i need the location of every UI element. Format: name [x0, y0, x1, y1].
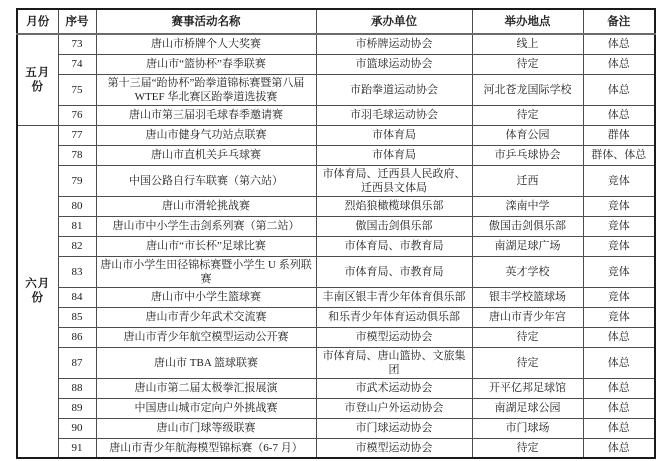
column-header: 序号: [58, 9, 96, 34]
event-name-cell: 唐山市中小学生击剑系列赛（第二站）: [96, 216, 316, 236]
serial-cell: 89: [58, 398, 96, 418]
month-cell: 六月份: [17, 125, 58, 458]
table-row: 82唐山市“市长杯”足球比赛市体育局、市教育局南湖足球广场竞体: [17, 236, 655, 256]
serial-cell: 76: [58, 105, 96, 125]
note-cell: 竞体: [583, 287, 655, 307]
event-name-cell: 唐山市第二届太极拳汇报展演: [96, 378, 316, 398]
note-cell: 体总: [583, 398, 655, 418]
location-cell: 待定: [472, 347, 583, 378]
organizer-cell: 市体育局: [316, 145, 472, 165]
location-cell: 市门球场: [472, 418, 583, 438]
note-cell: 竞体: [583, 196, 655, 216]
serial-cell: 90: [58, 418, 96, 438]
event-name-cell: 唐山市中小学生篮球赛: [96, 287, 316, 307]
event-name-cell: 唐山市青少年航空模型运动公开赛: [96, 327, 316, 347]
column-header: 承办单位: [316, 9, 472, 34]
organizer-cell: 市体育局、迁西县人民政府、迁西县文体局: [316, 165, 472, 196]
table-row: 80唐山市滑轮挑战赛烈焰狼橄榄球俱乐部滦南中学竞体: [17, 196, 655, 216]
organizer-cell: 市体育局、唐山篮协、文旅集团: [316, 347, 472, 378]
event-name-cell: 唐山市滑轮挑战赛: [96, 196, 316, 216]
note-cell: 体总: [583, 74, 655, 105]
serial-cell: 88: [58, 378, 96, 398]
table-header-row: 月份序号赛事活动名称承办单位举办地点备注: [17, 9, 655, 34]
event-name-cell: 唐山市青少年武术交流赛: [96, 307, 316, 327]
note-cell: 竞体: [583, 165, 655, 196]
location-cell: 线上: [472, 34, 583, 54]
location-cell: 南湖足球广场: [472, 236, 583, 256]
note-cell: 体总: [583, 418, 655, 438]
table-row: 88唐山市第二届太极拳汇报展演市武术运动协会开平亿邦足球馆体总: [17, 378, 655, 398]
location-cell: 迁西: [472, 165, 583, 196]
table-row: 81唐山市中小学生击剑系列赛（第二站）傲国击剑俱乐部傲国击剑俱乐部竞体: [17, 216, 655, 236]
note-cell: 体总: [583, 34, 655, 54]
organizer-cell: 市体育局、市教育局: [316, 236, 472, 256]
table-row: 79中国公路自行车联赛（第六站）市体育局、迁西县人民政府、迁西县文体局迁西竞体: [17, 165, 655, 196]
note-cell: 竞体: [583, 216, 655, 236]
organizer-cell: 傲国击剑俱乐部: [316, 216, 472, 236]
serial-cell: 79: [58, 165, 96, 196]
note-cell: 体总: [583, 378, 655, 398]
organizer-cell: 市羽毛球运动协会: [316, 105, 472, 125]
organizer-cell: 烈焰狼橄榄球俱乐部: [316, 196, 472, 216]
serial-cell: 82: [58, 236, 96, 256]
note-cell: 竞体: [583, 236, 655, 256]
note-cell: 体总: [583, 438, 655, 458]
serial-cell: 80: [58, 196, 96, 216]
note-cell: 体总: [583, 327, 655, 347]
event-name-cell: 唐山市青少年航海模型锦标赛（6-7 月）: [96, 438, 316, 458]
organizer-cell: 市门球运动协会: [316, 418, 472, 438]
serial-cell: 74: [58, 54, 96, 74]
table-row: 90唐山市门球等级联赛市门球运动协会市门球场体总: [17, 418, 655, 438]
note-cell: 体总: [583, 105, 655, 125]
event-name-cell: 唐山市桥牌个人大奖赛: [96, 34, 316, 54]
serial-cell: 81: [58, 216, 96, 236]
location-cell: 河北苍龙国际学校: [472, 74, 583, 105]
document-page: 月份序号赛事活动名称承办单位举办地点备注 五月份73唐山市桥牌个人大奖赛市桥牌运…: [0, 0, 665, 461]
event-name-cell: 唐山市 TBA 篮球联赛: [96, 347, 316, 378]
organizer-cell: 市桥牌运动协会: [316, 34, 472, 54]
serial-cell: 77: [58, 125, 96, 145]
event-name-cell: 唐山市小学生田径锦标赛暨小学生 U 系列联赛: [96, 256, 316, 287]
location-cell: 唐山市青少年宫: [472, 307, 583, 327]
note-cell: 竞体: [583, 307, 655, 327]
organizer-cell: 和乐青少年体育运动俱乐部: [316, 307, 472, 327]
location-cell: 英才学校: [472, 256, 583, 287]
organizer-cell: 市武术运动协会: [316, 378, 472, 398]
event-name-cell: 唐山市第三届羽毛球春季邀请赛: [96, 105, 316, 125]
table-row: 86唐山市青少年航空模型运动公开赛市模型运动协会待定体总: [17, 327, 655, 347]
serial-cell: 78: [58, 145, 96, 165]
location-cell: 傲国击剑俱乐部: [472, 216, 583, 236]
location-cell: 银丰学校篮球场: [472, 287, 583, 307]
organizer-cell: 市体育局、市教育局: [316, 256, 472, 287]
location-cell: 市乒乓球协会: [472, 145, 583, 165]
event-name-cell: 唐山市“篮协杯”春季联赛: [96, 54, 316, 74]
organizer-cell: 市跆拳道运动协会: [316, 74, 472, 105]
events-schedule-table: 月份序号赛事活动名称承办单位举办地点备注 五月份73唐山市桥牌个人大奖赛市桥牌运…: [16, 8, 656, 459]
organizer-cell: 市篮球运动协会: [316, 54, 472, 74]
note-cell: 竞体: [583, 256, 655, 287]
table-row: 85唐山市青少年武术交流赛和乐青少年体育运动俱乐部唐山市青少年宫竞体: [17, 307, 655, 327]
serial-cell: 86: [58, 327, 96, 347]
organizer-cell: 市登山户外运动协会: [316, 398, 472, 418]
location-cell: 开平亿邦足球馆: [472, 378, 583, 398]
location-cell: 待定: [472, 54, 583, 74]
location-cell: 待定: [472, 105, 583, 125]
location-cell: 体育公园: [472, 125, 583, 145]
column-header: 举办地点: [472, 9, 583, 34]
serial-cell: 83: [58, 256, 96, 287]
table-row: 78唐山市直机关乒乓球赛市体育局市乒乓球协会群体、体总: [17, 145, 655, 165]
column-header: 备注: [583, 9, 655, 34]
table-row: 87唐山市 TBA 篮球联赛市体育局、唐山篮协、文旅集团待定体总: [17, 347, 655, 378]
organizer-cell: 丰南区银丰青少年体育俱乐部: [316, 287, 472, 307]
organizer-cell: 市模型运动协会: [316, 438, 472, 458]
event-name-cell: 中国唐山城市定向户外挑战赛: [96, 398, 316, 418]
serial-cell: 85: [58, 307, 96, 327]
note-cell: 群体、体总: [583, 145, 655, 165]
serial-cell: 84: [58, 287, 96, 307]
note-cell: 体总: [583, 347, 655, 378]
serial-cell: 91: [58, 438, 96, 458]
table-row: 六月份77唐山市健身气功站点联赛市体育局体育公园群体: [17, 125, 655, 145]
event-name-cell: 唐山市门球等级联赛: [96, 418, 316, 438]
organizer-cell: 市模型运动协会: [316, 327, 472, 347]
table-row: 83唐山市小学生田径锦标赛暨小学生 U 系列联赛市体育局、市教育局英才学校竞体: [17, 256, 655, 287]
note-cell: 群体: [583, 125, 655, 145]
event-name-cell: 第十三届“跆协杯”跆拳道锦标赛暨第八届 WTEF 华北赛区跆拳道选拔赛: [96, 74, 316, 105]
table-row: 75第十三届“跆协杯”跆拳道锦标赛暨第八届 WTEF 华北赛区跆拳道选拔赛市跆拳…: [17, 74, 655, 105]
table-body: 五月份73唐山市桥牌个人大奖赛市桥牌运动协会线上体总74唐山市“篮协杯”春季联赛…: [17, 34, 655, 458]
location-cell: 待定: [472, 327, 583, 347]
month-cell: 五月份: [17, 34, 58, 125]
note-cell: 体总: [583, 54, 655, 74]
serial-cell: 87: [58, 347, 96, 378]
table-row: 89中国唐山城市定向户外挑战赛市登山户外运动协会南湖足球公园体总: [17, 398, 655, 418]
organizer-cell: 市体育局: [316, 125, 472, 145]
location-cell: 滦南中学: [472, 196, 583, 216]
event-name-cell: 唐山市“市长杯”足球比赛: [96, 236, 316, 256]
table-row: 76唐山市第三届羽毛球春季邀请赛市羽毛球运动协会待定体总: [17, 105, 655, 125]
table-row: 74唐山市“篮协杯”春季联赛市篮球运动协会待定体总: [17, 54, 655, 74]
table-row: 84唐山市中小学生篮球赛丰南区银丰青少年体育俱乐部银丰学校篮球场竞体: [17, 287, 655, 307]
location-cell: 南湖足球公园: [472, 398, 583, 418]
event-name-cell: 唐山市健身气功站点联赛: [96, 125, 316, 145]
event-name-cell: 中国公路自行车联赛（第六站）: [96, 165, 316, 196]
serial-cell: 73: [58, 34, 96, 54]
table-row: 五月份73唐山市桥牌个人大奖赛市桥牌运动协会线上体总: [17, 34, 655, 54]
table-row: 91唐山市青少年航海模型锦标赛（6-7 月）市模型运动协会待定体总: [17, 438, 655, 458]
column-header: 赛事活动名称: [96, 9, 316, 34]
column-header: 月份: [17, 9, 58, 34]
location-cell: 待定: [472, 438, 583, 458]
event-name-cell: 唐山市直机关乒乓球赛: [96, 145, 316, 165]
serial-cell: 75: [58, 74, 96, 105]
